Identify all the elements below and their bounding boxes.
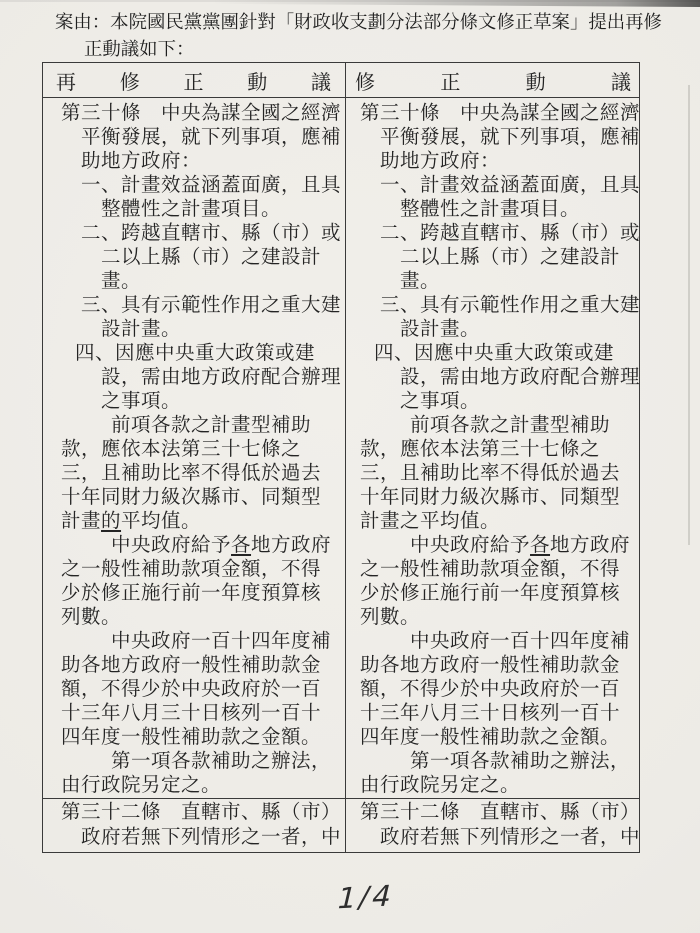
text-line: 助各地方政府一般性補助款金 — [61, 654, 341, 678]
text-line: 由行政院另定之。 — [61, 774, 341, 798]
text-line: 四、因應中央重大政策或建 — [61, 342, 341, 366]
header-char: 議 — [611, 66, 631, 95]
header-char: 修 — [120, 66, 140, 95]
scanned-document-page: 案由：本院國民黨黨團針對「財政收支劃分法部分條文修正草案」提出再修 正動議如下：… — [0, 0, 700, 933]
text-line: 額，不得少於中央政府於一百 — [61, 678, 341, 702]
text-line: 三、具有示範性作用之重大建 — [61, 294, 341, 318]
header-char: 動 — [247, 66, 267, 95]
table-row-article-30: 第三十條 中央為謀全國之經濟平衡發展，就下列事項，應補助地方政府：一、計畫效益涵… — [43, 98, 639, 799]
scan-top-right-shadow — [0, 0, 700, 7]
text-line: 額，不得少於中央政府於一百 — [360, 678, 637, 702]
text-line: 整體性之計畫項目。 — [61, 198, 341, 222]
text-line: 一、計畫效益涵蓋面廣，且具 — [360, 174, 637, 198]
cell-article-30-left: 第三十條 中央為謀全國之經濟平衡發展，就下列事項，應補助地方政府：一、計畫效益涵… — [43, 98, 346, 798]
text-line: 少於修正施行前一年度預算核 — [360, 582, 637, 606]
text-line: 政府若無下列情形之一者，中 — [61, 826, 341, 851]
header-char: 議 — [311, 66, 331, 95]
text-line: 整體性之計畫項目。 — [360, 198, 637, 222]
text-line: 平衡發展，就下列事項，應補 — [360, 126, 637, 150]
text-line: 第三十二條 直轄市、縣（市） — [360, 801, 637, 826]
text-line: 之一般性補助款項金額，不得 — [61, 558, 341, 582]
text-line: 助地方政府： — [360, 150, 637, 174]
text-line: 第三十條 中央為謀全國之經濟 — [61, 102, 341, 126]
header-char: 再 — [56, 66, 76, 95]
text-line: 二、跨越直轄市、縣（市）或 — [61, 222, 341, 246]
text-line: 之事項。 — [61, 390, 341, 414]
text-line: 二、跨越直轄市、縣（市）或 — [360, 222, 637, 246]
text-line: 三，且補助比率不得低於過去 — [360, 462, 637, 486]
text-line: 少於修正施行前一年度預算核 — [61, 582, 341, 606]
text-line: 計畫的平均值。 — [61, 510, 341, 534]
text-line: 十三年八月三十日核列一百十 — [61, 702, 341, 726]
text-line: 由行政院另定之。 — [360, 774, 637, 798]
case-description-line1: 案由：本院國民黨黨團針對「財政收支劃分法部分條文修正草案」提出再修 — [55, 11, 662, 33]
text-line: 第一項各款補助之辦法， — [360, 750, 637, 774]
text-line: 二以上縣（市）之建設計 — [360, 246, 637, 270]
text-line: 第三十二條 直轄市、縣（市） — [61, 801, 341, 826]
scan-right-streak-artifact — [688, 85, 690, 545]
text-line: 設計畫。 — [360, 318, 637, 342]
header-char: 正 — [440, 66, 460, 95]
handwritten-page-number: 1/4 — [334, 879, 398, 916]
text-line: 中央政府給予各地方政府 — [360, 534, 637, 558]
text-line: 十三年八月三十日核列一百十 — [360, 702, 637, 726]
text-line: 畫。 — [61, 270, 341, 294]
text-line: 中央政府一百十四年度補 — [360, 630, 637, 654]
comparison-table: 再修正動議 修正動議 第三十條 中央為謀全國之經濟平衡發展，就下列事項，應補助地… — [42, 62, 640, 853]
header-amendment-motion: 修正動議 — [346, 63, 639, 97]
text-line: 政府若無下列情形之一者，中 — [360, 826, 637, 851]
text-line: 中央政府一百十四年度補 — [61, 630, 341, 654]
text-line: 畫。 — [360, 270, 637, 294]
cell-article-30-right: 第三十條 中央為謀全國之經濟平衡發展，就下列事項，應補助地方政府：一、計畫效益涵… — [346, 98, 639, 798]
table-body: 第三十條 中央為謀全國之經濟平衡發展，就下列事項，應補助地方政府：一、計畫效益涵… — [43, 98, 639, 852]
text-line: 二以上縣（市）之建設計 — [61, 246, 341, 270]
text-line: 第三十條 中央為謀全國之經濟 — [360, 102, 637, 126]
text-line: 四、因應中央重大政策或建 — [360, 342, 637, 366]
text-line: 助地方政府： — [61, 150, 341, 174]
text-line: 十年同財力級次縣市、同類型 — [61, 486, 341, 510]
text-line: 前項各款之計畫型補助 — [360, 414, 637, 438]
header-char: 正 — [184, 66, 204, 95]
table-row-article-32: 第三十二條 直轄市、縣（市）政府若無下列情形之一者，中第三十二條 直轄市、縣（市… — [43, 799, 639, 852]
text-line: 款，應依本法第三十七條之 — [61, 438, 341, 462]
text-line: 之事項。 — [360, 390, 637, 414]
text-line: 第一項各款補助之辦法， — [61, 750, 341, 774]
text-line: 設計畫。 — [61, 318, 341, 342]
text-line: 一、計畫效益涵蓋面廣，且具 — [61, 174, 341, 198]
text-line: 計畫之平均值。 — [360, 510, 637, 534]
text-line: 前項各款之計畫型補助 — [61, 414, 341, 438]
text-line: 列數。 — [61, 606, 341, 630]
text-line: 三，且補助比率不得低於過去 — [61, 462, 341, 486]
cell-article-32-left: 第三十二條 直轄市、縣（市）政府若無下列情形之一者，中 — [43, 799, 346, 852]
text-line: 之一般性補助款項金額，不得 — [360, 558, 637, 582]
text-line: 中央政府給予各地方政府 — [61, 534, 341, 558]
text-line: 三、具有示範性作用之重大建 — [360, 294, 637, 318]
text-line: 四年度一般性補助款之金額。 — [61, 726, 341, 750]
header-char: 動 — [526, 66, 546, 95]
table-header-row: 再修正動議 修正動議 — [43, 63, 639, 98]
case-description-line2: 正動議如下： — [84, 38, 194, 60]
text-line: 平衡發展，就下列事項，應補 — [61, 126, 341, 150]
cell-article-32-right: 第三十二條 直轄市、縣（市）政府若無下列情形之一者，中 — [346, 799, 639, 852]
text-line: 四年度一般性補助款之金額。 — [360, 726, 637, 750]
header-re-amendment-motion: 再修正動議 — [43, 63, 346, 97]
text-line: 設，需由地方政府配合辦理 — [61, 366, 341, 390]
text-line: 列數。 — [360, 606, 637, 630]
header-char: 修 — [355, 66, 375, 95]
text-line: 款，應依本法第三十七條之 — [360, 438, 637, 462]
text-line: 設，需由地方政府配合辦理 — [360, 366, 637, 390]
text-line: 助各地方政府一般性補助款金 — [360, 654, 637, 678]
text-line: 十年同財力級次縣市、同類型 — [360, 486, 637, 510]
